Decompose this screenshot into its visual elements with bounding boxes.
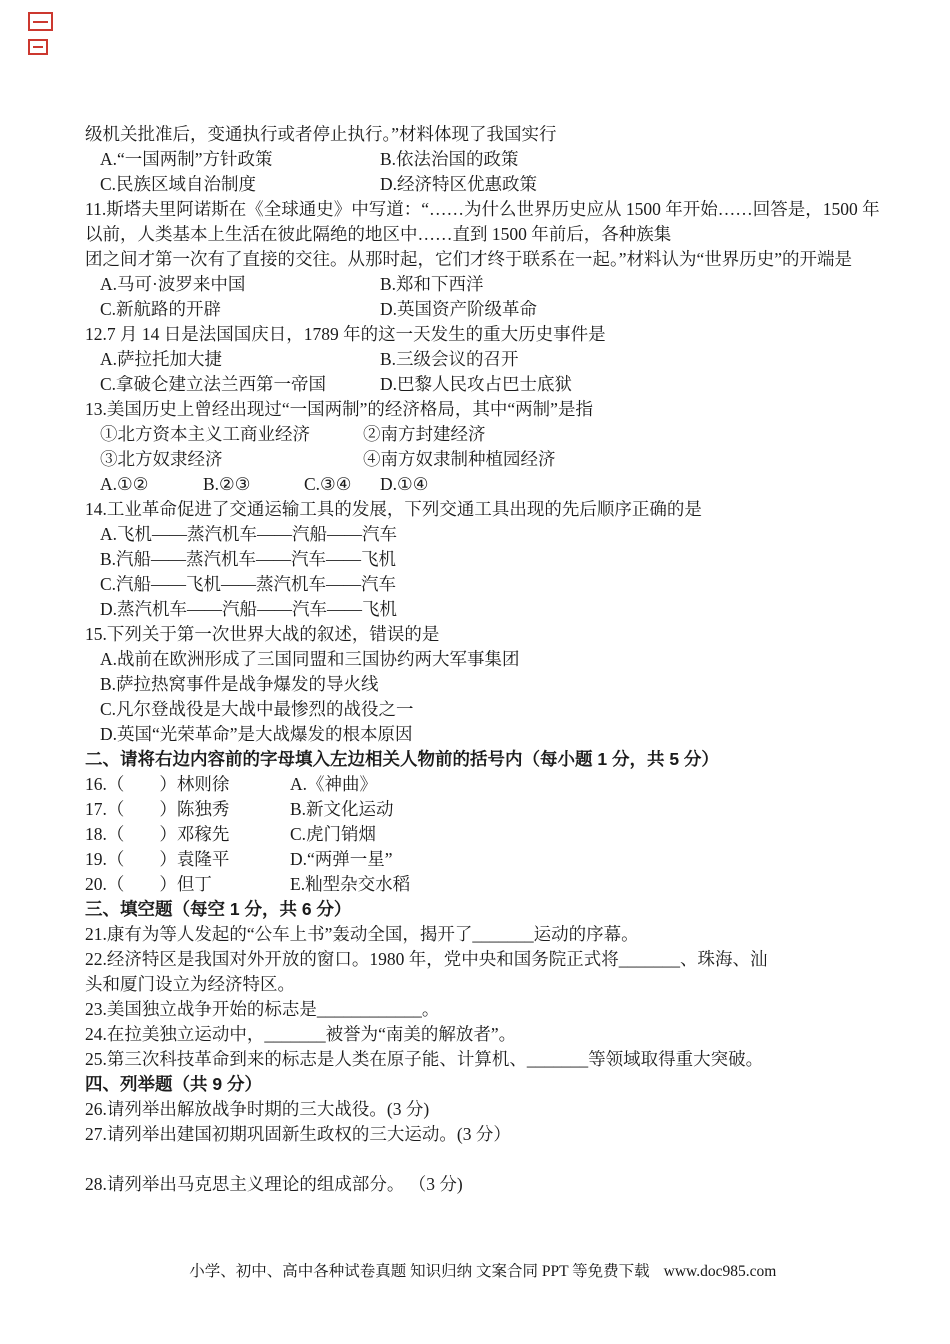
match-row-16-cell-1: A.《神曲》 xyxy=(290,774,377,794)
q13-items-3-4: ③北方奴隶经济④南方奴隶制种植园经济 xyxy=(85,447,877,472)
match-row-18-cell-0: 18.（ ）邓稼先 xyxy=(85,822,290,847)
q15-option-b-cell-0: B.萨拉热窝事件是战争爆发的导火线 xyxy=(100,674,379,694)
q14-option-c-cell-0: C.汽船——飞机——蒸汽机车——汽车 xyxy=(100,574,396,594)
q10-options-ab-cell-0: A.“一国两制”方针政策 xyxy=(100,147,380,172)
q10-stem-continued-cell-0: 级机关批准后，变通执行或者停止执行。”材料体现了我国实行 xyxy=(85,124,557,144)
q23-fill-blank: 23.美国独立战争开始的标志是____________。 xyxy=(85,997,877,1022)
section2-heading-cell-0: 二、请将右边内容前的字母填入左边相关人物前的括号内（每小题 1 分，共 5 分） xyxy=(85,749,719,769)
red-seal-marks-icon xyxy=(28,12,60,62)
match-row-19: 19.（ ）袁隆平D.“两弹一星” xyxy=(85,847,877,872)
q11-stem-line3: 团之间才第一次有了直接的交往。从那时起，它们才终于联系在一起。”材料认为“世界历… xyxy=(85,247,877,272)
q12-options-ab-cell-0: A.萨拉托加大捷 xyxy=(100,347,380,372)
q26-list-question-cell-0: 26.请列举出解放战争时期的三大战役。(3 分) xyxy=(85,1099,429,1119)
q22-fill-blank-line2-cell-0: 头和厦门设立为经济特区。 xyxy=(85,974,295,994)
q14-option-c: C.汽船——飞机——蒸汽机车——汽车 xyxy=(85,572,877,597)
match-row-17: 17.（ ）陈独秀B.新文化运动 xyxy=(85,797,877,822)
q13-items-1-2-cell-0: ①北方资本主义工商业经济 xyxy=(100,422,363,447)
q11-options-ab: A.马可·波罗来中国B.郑和下西洋 xyxy=(85,272,877,297)
q11-stem-line1: 11.斯塔夫里阿诺斯在《全球通史》中写道：“……为什么世界历史应从 1500 年… xyxy=(85,197,877,222)
section3-heading: 三、填空题（每空 1 分，共 6 分） xyxy=(85,897,877,922)
site-footer: 小学、初中、高中各种试卷真题 知识归纳 文案合同 PPT 等免费下载www.do… xyxy=(0,1241,950,1299)
q14-option-d-cell-0: D.蒸汽机车——汽船——汽车——飞机 xyxy=(100,599,397,619)
q14-option-a: A.飞机——蒸汽机车——汽船——汽车 xyxy=(85,522,877,547)
q15-stem: 15.下列关于第一次世界大战的叙述，错误的是 xyxy=(85,622,877,647)
q11-options-ab-cell-1: B.郑和下西洋 xyxy=(380,274,484,294)
q12-options-ab: A.萨拉托加大捷B.三级会议的召开 xyxy=(85,347,877,372)
q15-stem-cell-0: 15.下列关于第一次世界大战的叙述，错误的是 xyxy=(85,624,439,644)
exam-paper-page: 级机关批准后，变通执行或者停止执行。”材料体现了我国实行A.“一国两制”方针政策… xyxy=(0,0,950,1344)
q13-answer-choices: A.①②B.②③C.③④D.①④ xyxy=(85,472,877,497)
q21-fill-blank-cell-0: 21.康有为等人发起的“公车上书”轰动全国，揭开了_______运动的序幕。 xyxy=(85,924,639,944)
q25-fill-blank: 25.第三次科技革命到来的标志是人类在原子能、计算机、_______等领域取得重… xyxy=(85,1047,877,1072)
footer-url: www.doc985.com xyxy=(664,1263,777,1280)
q12-options-cd: C.拿破仑建立法兰西第一帝国D.巴黎人民攻占巴士底狱 xyxy=(85,372,877,397)
q10-stem-continued: 级机关批准后，变通执行或者停止执行。”材料体现了我国实行 xyxy=(85,122,877,147)
q13-items-3-4-cell-0: ③北方奴隶经济 xyxy=(100,447,363,472)
match-row-16-cell-0: 16.（ ）林则徐 xyxy=(85,772,290,797)
q12-stem-cell-0: 12.7 月 14 日是法国国庆日，1789 年的这一天发生的重大历史事件是 xyxy=(85,324,606,344)
exam-body: 级机关批准后，变通执行或者停止执行。”材料体现了我国实行A.“一国两制”方针政策… xyxy=(85,122,877,1197)
q13-stem: 13.美国历史上曾经出现过“一国两制”的经济格局，其中“两制”是指 xyxy=(85,397,877,422)
q11-options-cd-cell-0: C.新航路的开辟 xyxy=(100,297,380,322)
q15-option-a: A.战前在欧洲形成了三国同盟和三国协约两大军事集团 xyxy=(85,647,877,672)
q27-list-question: 27.请列举出建国初期巩固新生政权的三大运动。(3 分） xyxy=(85,1122,877,1147)
q10-options-cd-cell-0: C.民族区域自治制度 xyxy=(100,172,380,197)
q14-option-d: D.蒸汽机车——汽船——汽车——飞机 xyxy=(85,597,877,622)
q12-options-cd-cell-1: D.巴黎人民攻占巴士底狱 xyxy=(380,374,572,394)
q24-fill-blank: 24.在拉美独立运动中，_______被誉为“南美的解放者”。 xyxy=(85,1022,877,1047)
q14-option-b-cell-0: B.汽船——蒸汽机车——汽车——飞机 xyxy=(100,549,396,569)
match-row-18: 18.（ ）邓稼先C.虎门销烟 xyxy=(85,822,877,847)
q15-option-d: D.英国“光荣革命”是大战爆发的根本原因 xyxy=(85,722,877,747)
q28-list-question: 28.请列举出马克思主义理论的组成部分。 （3 分) xyxy=(85,1172,877,1197)
section4-heading-cell-0: 四、列举题（共 9 分） xyxy=(85,1074,262,1094)
answer-space-gap xyxy=(85,1147,877,1172)
section3-heading-cell-0: 三、填空题（每空 1 分，共 6 分） xyxy=(85,899,351,919)
q11-options-ab-cell-0: A.马可·波罗来中国 xyxy=(100,272,380,297)
q10-options-ab: A.“一国两制”方针政策B.依法治国的政策 xyxy=(85,147,877,172)
q15-option-c-cell-0: C.凡尔登战役是大战中最惨烈的战役之一 xyxy=(100,699,414,719)
q24-fill-blank-cell-0: 24.在拉美独立运动中，_______被誉为“南美的解放者”。 xyxy=(85,1024,516,1044)
q26-list-question: 26.请列举出解放战争时期的三大战役。(3 分) xyxy=(85,1097,877,1122)
q10-options-cd: C.民族区域自治制度D.经济特区优惠政策 xyxy=(85,172,877,197)
match-row-18-cell-1: C.虎门销烟 xyxy=(290,824,376,844)
match-row-20-cell-0: 20.（ ）但丁 xyxy=(85,872,290,897)
q14-stem-cell-0: 14.工业革命促进了交通运输工具的发展，下列交通工具出现的先后顺序正确的是 xyxy=(85,499,702,519)
q12-options-cd-cell-0: C.拿破仑建立法兰西第一帝国 xyxy=(100,372,380,397)
section4-heading: 四、列举题（共 9 分） xyxy=(85,1072,877,1097)
q12-stem: 12.7 月 14 日是法国国庆日，1789 年的这一天发生的重大历史事件是 xyxy=(85,322,877,347)
red-seal-mark-bottom xyxy=(28,39,48,55)
match-row-17-cell-1: B.新文化运动 xyxy=(290,799,394,819)
match-row-17-cell-0: 17.（ ）陈独秀 xyxy=(85,797,290,822)
q13-answer-choices-cell-1: B.②③ xyxy=(203,472,304,497)
q12-options-ab-cell-1: B.三级会议的召开 xyxy=(380,349,519,369)
q13-items-1-2-cell-1: ②南方封建经济 xyxy=(363,424,486,444)
q10-options-ab-cell-1: B.依法治国的政策 xyxy=(380,149,519,169)
match-row-16: 16.（ ）林则徐A.《神曲》 xyxy=(85,772,877,797)
q13-items-3-4-cell-1: ④南方奴隶制种植园经济 xyxy=(363,449,556,469)
match-row-19-cell-0: 19.（ ）袁隆平 xyxy=(85,847,290,872)
q22-fill-blank-line1: 22.经济特区是我国对外开放的窗口。1980 年，党中央和国务院正式将_____… xyxy=(85,947,877,972)
q14-option-b: B.汽船——蒸汽机车——汽车——飞机 xyxy=(85,547,877,572)
q11-options-cd: C.新航路的开辟D.英国资产阶级革命 xyxy=(85,297,877,322)
red-seal-mark-top xyxy=(28,12,53,31)
q15-option-d-cell-0: D.英国“光荣革命”是大战爆发的根本原因 xyxy=(100,724,413,744)
q15-option-a-cell-0: A.战前在欧洲形成了三国同盟和三国协约两大军事集团 xyxy=(100,649,520,669)
q27-list-question-cell-0: 27.请列举出建国初期巩固新生政权的三大运动。(3 分） xyxy=(85,1124,511,1144)
q11-stem-line1-cell-0: 11.斯塔夫里阿诺斯在《全球通史》中写道：“……为什么世界历史应从 1500 年… xyxy=(85,199,880,219)
q25-fill-blank-cell-0: 25.第三次科技革命到来的标志是人类在原子能、计算机、_______等领域取得重… xyxy=(85,1049,763,1069)
section2-heading: 二、请将右边内容前的字母填入左边相关人物前的括号内（每小题 1 分，共 5 分） xyxy=(85,747,877,772)
q11-stem-line3-cell-0: 团之间才第一次有了直接的交往。从那时起，它们才终于联系在一起。”材料认为“世界历… xyxy=(85,249,852,269)
q22-fill-blank-line2: 头和厦门设立为经济特区。 xyxy=(85,972,877,997)
q14-stem: 14.工业革命促进了交通运输工具的发展，下列交通工具出现的先后顺序正确的是 xyxy=(85,497,877,522)
q21-fill-blank: 21.康有为等人发起的“公车上书”轰动全国，揭开了_______运动的序幕。 xyxy=(85,922,877,947)
q23-fill-blank-cell-0: 23.美国独立战争开始的标志是____________。 xyxy=(85,999,439,1019)
match-row-19-cell-1: D.“两弹一星” xyxy=(290,849,393,869)
q14-option-a-cell-0: A.飞机——蒸汽机车——汽船——汽车 xyxy=(100,524,397,544)
match-row-20-cell-1: E.籼型杂交水稻 xyxy=(290,874,410,894)
q15-option-b: B.萨拉热窝事件是战争爆发的导火线 xyxy=(85,672,877,697)
match-row-20: 20.（ ）但丁E.籼型杂交水稻 xyxy=(85,872,877,897)
q11-stem-line2-cell-0: 以前，人类基本上生活在彼此隔绝的地区中……直到 1500 年前后，各种族集 xyxy=(85,224,671,244)
q13-answer-choices-cell-2: C.③④ xyxy=(304,472,380,497)
q11-options-cd-cell-1: D.英国资产阶级革命 xyxy=(380,299,537,319)
footer-tagline: 小学、初中、高中各种试卷真题 知识归纳 文案合同 PPT 等免费下载 xyxy=(189,1263,649,1280)
q11-stem-line2: 以前，人类基本上生活在彼此隔绝的地区中……直到 1500 年前后，各种族集 xyxy=(85,222,877,247)
q13-answer-choices-cell-0: A.①② xyxy=(100,472,203,497)
q13-items-1-2: ①北方资本主义工商业经济②南方封建经济 xyxy=(85,422,877,447)
q13-stem-cell-0: 13.美国历史上曾经出现过“一国两制”的经济格局，其中“两制”是指 xyxy=(85,399,593,419)
q10-options-cd-cell-1: D.经济特区优惠政策 xyxy=(380,174,537,194)
q13-answer-choices-cell-3: D.①④ xyxy=(380,472,428,497)
q28-list-question-cell-0: 28.请列举出马克思主义理论的组成部分。 （3 分) xyxy=(85,1174,463,1194)
q22-fill-blank-line1-cell-0: 22.经济特区是我国对外开放的窗口。1980 年，党中央和国务院正式将_____… xyxy=(85,949,768,969)
q15-option-c: C.凡尔登战役是大战中最惨烈的战役之一 xyxy=(85,697,877,722)
